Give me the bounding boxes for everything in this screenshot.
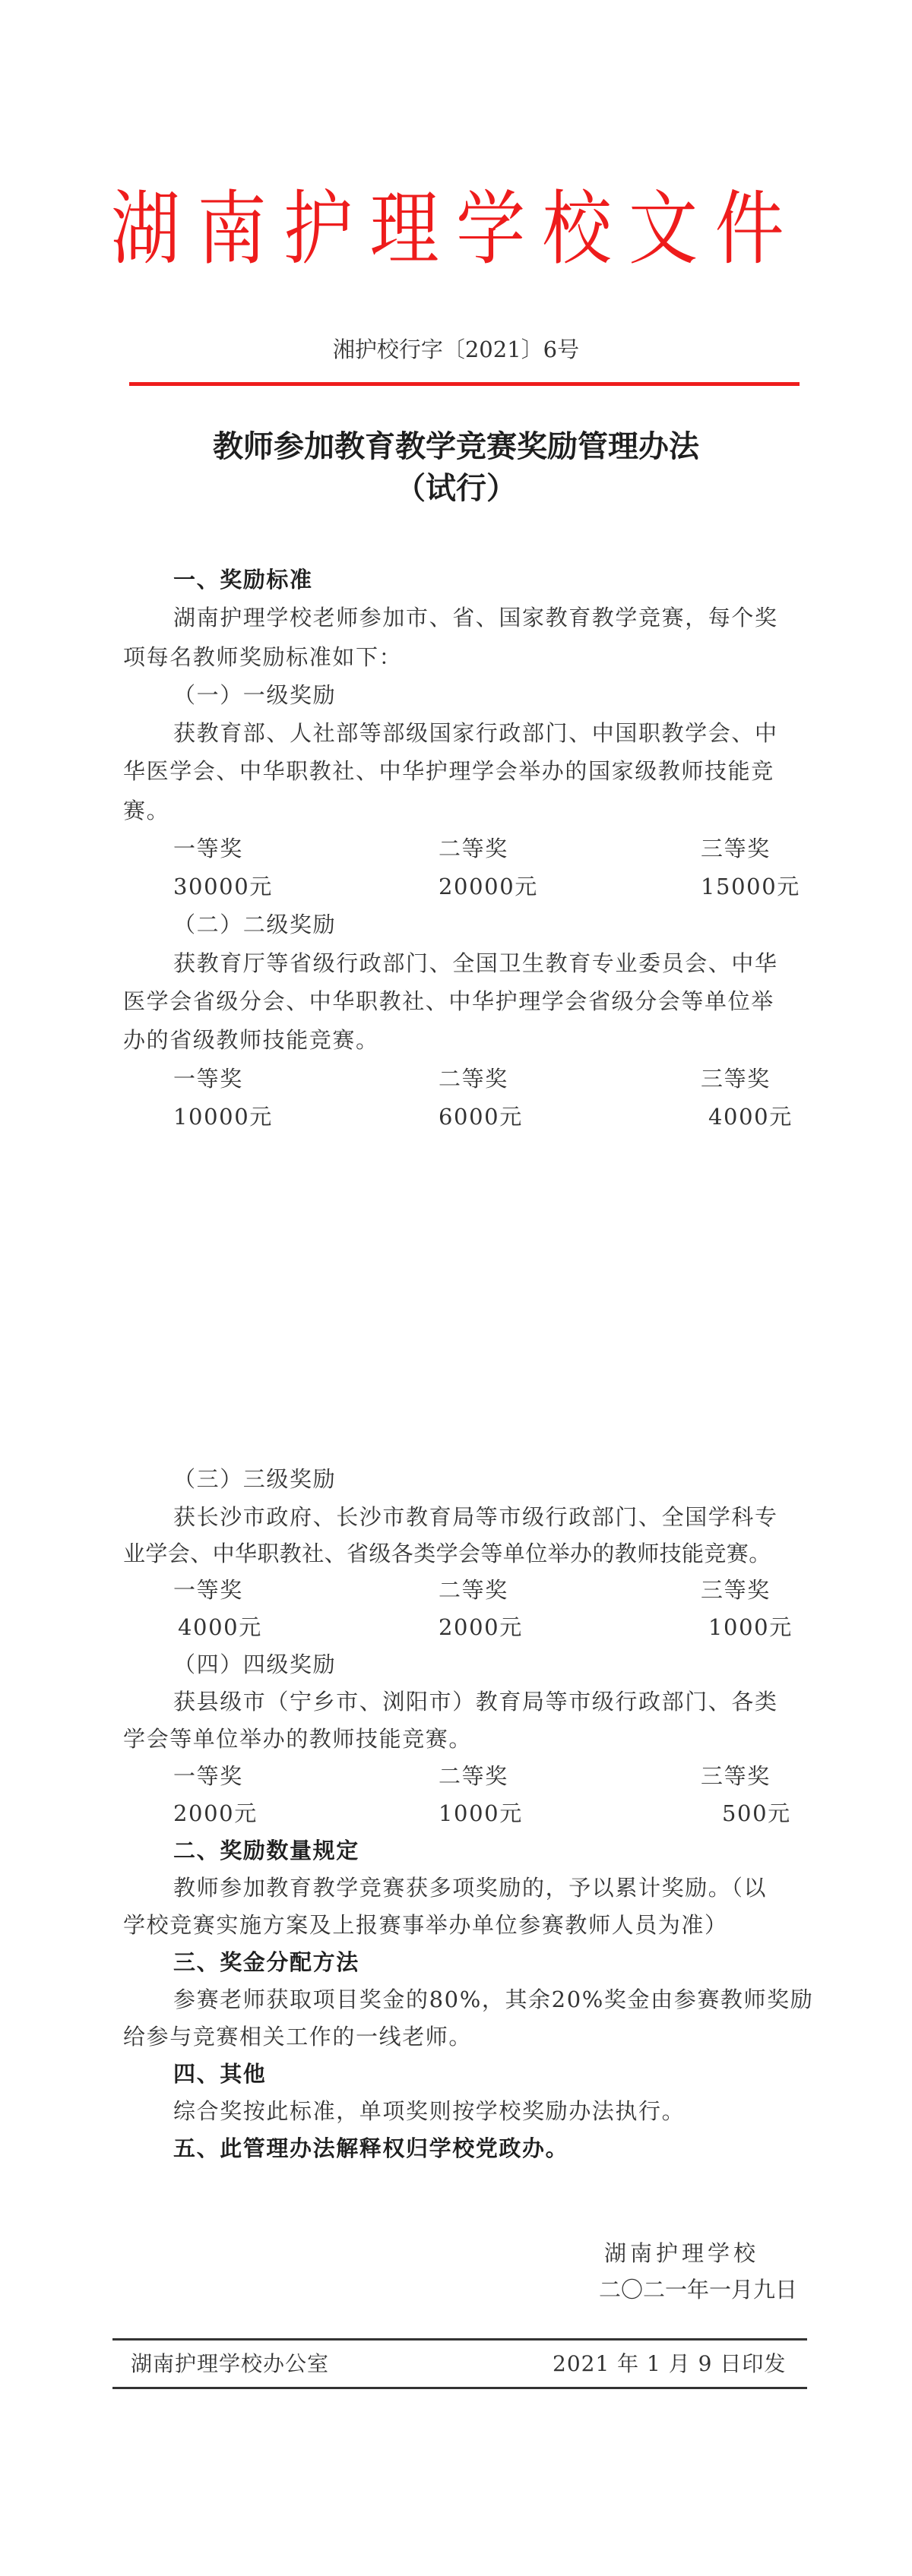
paragraph-line: 湖南护理学校老师参加市、省、国家教育教学竞赛，每个奖 — [173, 602, 778, 633]
prize-label-second: 二等奖 — [439, 1064, 508, 1094]
section-heading: 三、奖金分配方法 — [173, 1947, 359, 1977]
document-title: 教师参加教育教学竞赛奖励管理办法 — [0, 428, 912, 466]
paragraph-line: 综合奖按此标准，单项奖则按学校奖励办法执行。 — [173, 2096, 685, 2126]
prize-amount-first: 30000元 — [173, 871, 273, 902]
footer-issue-date: 2021 年 1 月 9 日印发 — [553, 2349, 786, 2379]
prize-amount-third: 4000元 — [708, 1102, 793, 1132]
paragraph-line: 给参与竞赛相关工作的一线老师。 — [123, 2021, 472, 2052]
paragraph-line: 获县级市（宁乡市、浏阳市）教育局等市级行政部门、各类 — [173, 1686, 778, 1717]
paragraph-line: 获长沙市政府、长沙市教育局等市级行政部门、全国学科专 — [173, 1502, 778, 1532]
section-heading: 四、其他 — [173, 2059, 266, 2089]
level-heading: （二）二级奖励 — [173, 909, 336, 940]
prize-label-third: 三等奖 — [701, 1064, 771, 1094]
paragraph-line: 办的省级教师技能竞赛。 — [123, 1025, 379, 1055]
section-interpretation: 五、此管理办法解释权归学校党政办。 — [173, 2133, 568, 2164]
prize-amount-second: 2000元 — [439, 1612, 523, 1642]
signature-date: 二〇二一年一月九日 — [599, 2274, 797, 2305]
prize-amount-second: 6000元 — [439, 1102, 523, 1132]
prize-label-first: 一等奖 — [173, 1761, 243, 1791]
prize-label-first: 一等奖 — [173, 1575, 243, 1605]
prize-amount-second: 1000元 — [439, 1798, 523, 1828]
document-number: 湘护校行字〔2021〕6号 — [0, 334, 912, 365]
paragraph-line: 华医学会、中华职教社、中华护理学会举办的国家级教师技能竞 — [123, 756, 774, 786]
prize-label-first: 一等奖 — [173, 1064, 243, 1094]
prize-label-third: 三等奖 — [701, 1575, 771, 1605]
prize-label-second: 二等奖 — [439, 1575, 508, 1605]
level-heading: （四）四级奖励 — [173, 1649, 336, 1680]
paragraph-line: 学会等单位举办的教师技能竞赛。 — [123, 1724, 472, 1754]
level-heading: （一）一级奖励 — [173, 680, 336, 710]
prize-label-second: 二等奖 — [439, 833, 508, 864]
footer-top-rule — [112, 2338, 807, 2341]
paragraph-line: 教师参加教育教学竞赛获多项奖励的，予以累计奖励。（以 — [173, 1873, 767, 1903]
prize-amount-third: 1000元 — [708, 1612, 793, 1642]
prize-amount-third: 500元 — [722, 1798, 791, 1828]
paragraph-line: 学校竞赛实施方案及上报赛事举办单位参赛教师人员为准） — [123, 1910, 728, 1940]
signature-org: 湖南护理学校 — [604, 2238, 759, 2268]
footer-bottom-rule — [112, 2387, 807, 2389]
paragraph-line: 医学会省级分会、中华职教社、中华护理学会省级分会等单位举 — [123, 986, 774, 1016]
prize-label-third: 三等奖 — [701, 833, 771, 864]
level-heading: （三）三级奖励 — [173, 1464, 336, 1494]
prize-label-third: 三等奖 — [701, 1761, 771, 1791]
paragraph-line: 赛。 — [123, 795, 169, 826]
paragraph-line: 项每名教师奖励标准如下： — [123, 642, 402, 672]
paragraph-line: 参赛老师获取项目奖金的80%，其余20%奖金由参赛教师奖励 — [173, 1984, 813, 2015]
prize-amount-first: 2000元 — [173, 1798, 258, 1828]
section-heading: 一、奖励标准 — [173, 564, 313, 595]
prize-label-first: 一等奖 — [173, 833, 243, 864]
prize-amount-first: 4000元 — [178, 1612, 262, 1642]
prize-label-second: 二等奖 — [439, 1761, 508, 1791]
footer-issuer: 湖南护理学校办公室 — [131, 2349, 329, 2379]
prize-amount-second: 20000元 — [439, 871, 538, 902]
paragraph-line: 业学会、中华职教社、省级各类学会等单位举办的教师技能竞赛。 — [123, 1538, 771, 1569]
document-header-title: 湖南护理学校文件 — [64, 176, 848, 283]
red-divider-rule — [129, 382, 800, 386]
section-heading: 二、奖励数量规定 — [173, 1835, 359, 1866]
prize-amount-first: 10000元 — [173, 1102, 273, 1132]
prize-amount-third: 15000元 — [701, 871, 800, 902]
paragraph-line: 获教育部、人社部等部级国家行政部门、中国职教学会、中 — [173, 718, 778, 748]
paragraph-line: 获教育厅等省级行政部门、全国卫生教育专业委员会、中华 — [173, 948, 778, 978]
document-subtitle: （试行） — [0, 469, 912, 507]
